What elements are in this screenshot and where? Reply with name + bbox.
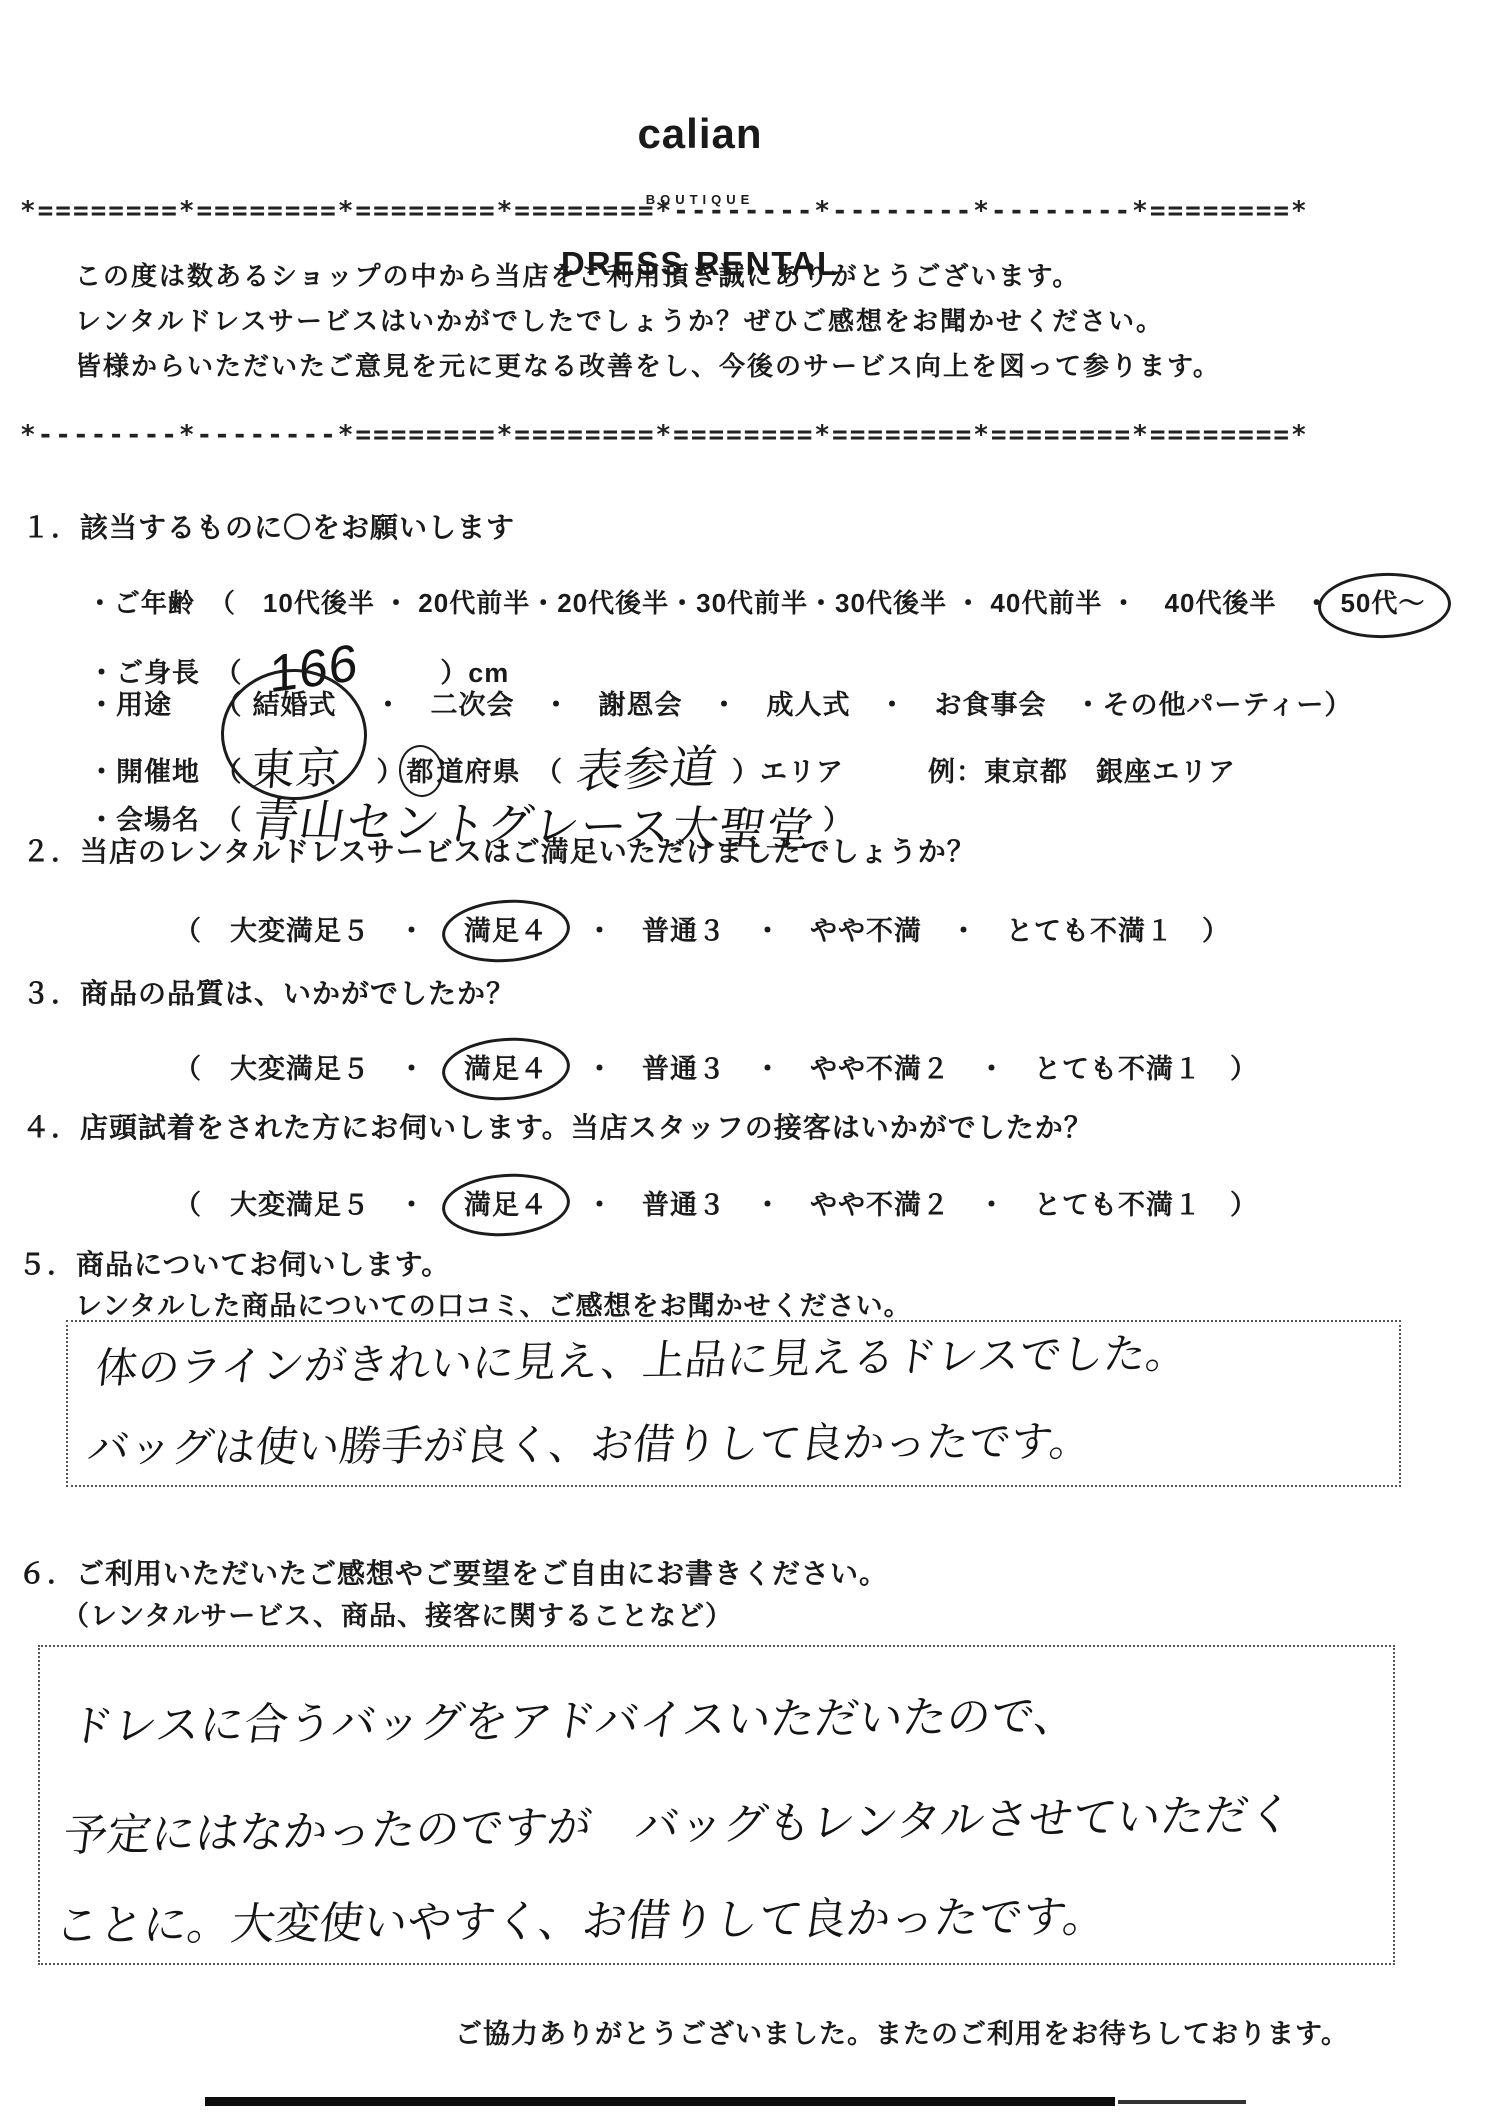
q1-title: １．該当するものに〇をお願いします xyxy=(22,506,515,546)
q6-title: ６．ご利用いただいたご感想やご要望をご自由にお書きください。 xyxy=(18,1552,888,1592)
separator-bottom: *--------*--------*========*========*===… xyxy=(20,420,1309,450)
q2-options-pre: （ 大変満足５ ・ xyxy=(174,916,454,946)
separator-top: *========*========*========*========*---… xyxy=(20,196,1309,226)
scan-artifact-bar xyxy=(205,2097,1115,2106)
q6-comment-line-2: 予定にはなかったのですが バッグもレンタルさせていただく xyxy=(60,1778,1297,1864)
intro-line-3: 皆様からいただいたご意見を元に更なる改善をし、今後のサービス向上を図って参ります… xyxy=(75,346,1221,383)
q6-subtitle: （レンタルサービス、商品、接客に関することなど） xyxy=(62,1594,733,1633)
brand-logo: calian xyxy=(400,110,1000,158)
scanned-survey-form: calian BOUTIQUE DRESS RENTAL *========*=… xyxy=(0,0,1500,2127)
intro-line-2: レンタルドレスサービスはいかがでしたでしょうか？ぜひご感想をお聞かせください。 xyxy=(75,301,1164,338)
q2-options-post: ・ 普通３ ・ やや不満 ・ とても不満１ ） xyxy=(558,916,1230,946)
q2-title: ２．当店のレンタルドレスサービスはご満足いただけましたでしょうか？ xyxy=(22,830,976,870)
q1-age-circled-option: 50代～ xyxy=(1330,583,1435,620)
footer-thanks: ご協力ありがとうございました。またのご利用をお待ちしております。 xyxy=(455,2012,1349,2051)
q3-title: ３．商品の品質は、いかがでしたか？ xyxy=(22,972,515,1012)
q4-options-pre: （ 大変満足５ ・ xyxy=(174,1190,454,1220)
q3-options-post: ・ 普通３ ・ やや不満２ ・ とても不満１ ） xyxy=(558,1054,1258,1084)
q3-circled-option: 満足４ xyxy=(454,1047,558,1086)
q4-options-post: ・ 普通３ ・ やや不満２ ・ とても不満１ ） xyxy=(558,1190,1258,1220)
q5-comment-line-1: 体のラインがきれいに見え、上品に見えるドレスでした。 xyxy=(93,1320,1191,1395)
q3-options-row: （ 大変満足５ ・ 満足４ ・ 普通３ ・ やや不満２ ・ とても不満１ ） xyxy=(140,1016,1258,1117)
q4-title: ４．店頭試着をされた方にお伺いします。当店スタッフの接客はいかがでしたか？ xyxy=(22,1106,1093,1146)
q2-options-row: （ 大変満足５ ・ 満足４ ・ 普通３ ・ やや不満 ・ とても不満１ ） xyxy=(140,878,1230,979)
q4-circled-option: 満足４ xyxy=(454,1183,558,1222)
q3-options-pre: （ 大変満足５ ・ xyxy=(174,1054,454,1084)
q4-options-row: （ 大変満足５ ・ 満足４ ・ 普通３ ・ やや不満２ ・ とても不満１ ） xyxy=(140,1152,1258,1253)
q5-comment-line-2: バッグは使い勝手が良く、お借りして良かったです。 xyxy=(85,1408,1096,1475)
q5-subtitle: レンタルした商品についての口コミ、ご感想をお聞かせください。 xyxy=(75,1284,912,1323)
q2-circled-option: 満足４ xyxy=(454,909,558,948)
scan-artifact-bar-thin xyxy=(1118,2100,1246,2104)
q5-comment-box: 体のラインがきれいに見え、上品に見えるドレスでした。 バッグは使い勝手が良く、お… xyxy=(66,1320,1401,1487)
q6-comment-line-1: ドレスに合うバッグをアドバイスいただいたので、 xyxy=(66,1680,1083,1755)
q6-comment-line-3: ことに。大変使いやすく、お借りして良かったです。 xyxy=(52,1880,1112,1953)
q5-title: ５．商品についてお伺いします。 xyxy=(18,1243,450,1283)
intro-line-1: この度は数あるショップの中から当店をご利用頂き誠にありがとうございます。 xyxy=(75,256,1080,293)
q6-comment-box: ドレスに合うバッグをアドバイスいただいたので、 予定にはなかったのですが バッグ… xyxy=(38,1645,1395,1965)
